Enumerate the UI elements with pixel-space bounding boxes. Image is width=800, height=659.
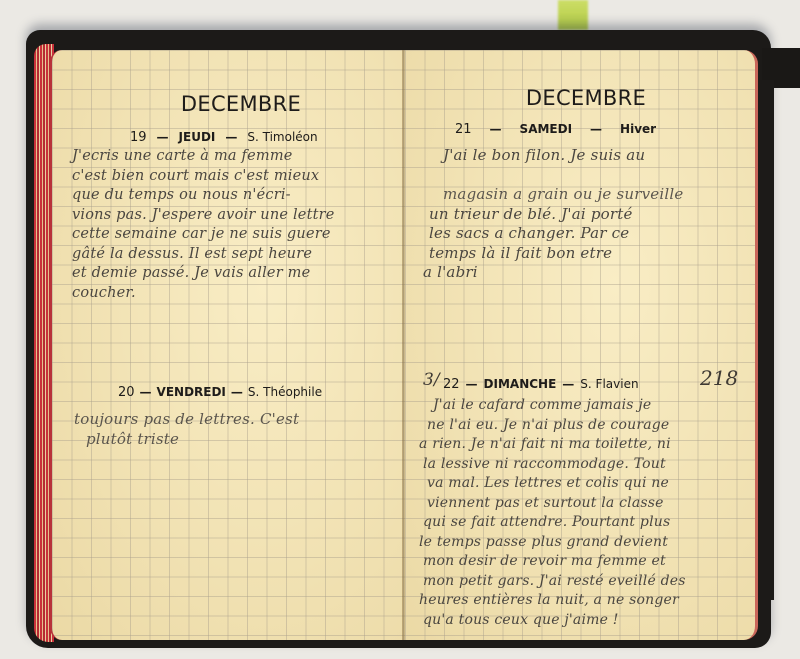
handwritten-line: que du temps ou nous n'écri- <box>72 186 335 206</box>
handwritten-line: toujours pas de lettres. C'est <box>74 410 299 430</box>
weekday: VENDREDI <box>157 385 226 399</box>
handwritten-line: a rien. Je n'ai fait ni ma toilette, ni <box>419 435 686 455</box>
handwritten-line: magasin a grain ou je surveille <box>423 185 683 205</box>
handwritten-line: J'ai le cafard comme jamais je <box>419 396 686 416</box>
margin-note-left: 3/ <box>423 370 440 390</box>
dash-separator: — <box>490 122 502 136</box>
handwritten-line: plutôt triste <box>74 430 299 450</box>
handwritten-line: viennent pas et surtout la classe <box>419 494 686 514</box>
handwritten-line: J'ai le bon filon. Je suis au <box>423 146 683 166</box>
handwritten-line: le temps passe plus grand devient <box>419 533 686 553</box>
weekday: DIMANCHE <box>484 377 557 391</box>
handwritten-line: a l'abri <box>423 263 683 283</box>
handwritten-line: J'ecris une carte à ma femme <box>72 147 335 167</box>
dash-separator: — <box>590 122 602 136</box>
season-label: Hiver <box>620 122 656 136</box>
handwritten-line: gâté la dessus. Il est sept heure <box>72 245 335 265</box>
handwritten-line: cette semaine car je ne suis guere <box>72 225 335 245</box>
handwritten-line: qu'a tous ceux que j'aime ! <box>419 611 686 631</box>
day-number: 19 <box>130 130 147 145</box>
handwritten-line: coucher. <box>72 284 335 304</box>
saint-name: S. Flavien <box>580 377 638 391</box>
dash-separator: — <box>225 130 237 144</box>
handwritten-line: les sacs a changer. Par ce <box>423 224 683 244</box>
entry-19-handwriting: J'ecris une carte à ma femme c'est bien … <box>72 147 335 303</box>
day-header-20: 20 — VENDREDI — S. Théophile <box>118 385 322 400</box>
bookmark-ribbon <box>558 0 588 30</box>
weekday: JEUDI <box>179 130 216 144</box>
saint-name: S. Théophile <box>248 385 322 399</box>
dash-separator: — <box>140 385 152 399</box>
handwritten-line: vions pas. J'espere avoir une lettre <box>72 206 335 226</box>
entry-22-handwriting: J'ai le cafard comme jamais je ne l'ai e… <box>419 396 686 630</box>
margin-note-right: 218 <box>700 366 738 390</box>
entry-20-handwriting: toujours pas de lettres. C'est plutôt tr… <box>74 410 299 449</box>
entry-21-handwriting: J'ai le bon filon. Je suis au magasin a … <box>423 146 683 283</box>
handwritten-line: mon petit gars. J'ai resté eveillé des <box>419 572 686 592</box>
day-header-19: 19 — JEUDI — S. Timoléon <box>130 130 318 145</box>
handwritten-line: va mal. Les lettres et colis qui ne <box>419 474 686 494</box>
dash-separator: — <box>466 377 478 391</box>
handwritten-line: mon desir de revoir ma femme et <box>419 552 686 572</box>
dash-separator: — <box>231 385 243 399</box>
day-number: 21 <box>455 122 472 137</box>
handwritten-line: la lessive ni raccommodage. Tout <box>419 455 686 475</box>
month-heading: DECEMBRE <box>64 92 406 116</box>
handwritten-line: ne l'ai eu. Je n'ai plus de courage <box>419 416 686 436</box>
cover-edge-right <box>760 80 774 600</box>
right-page: DECEMBRE 21 — SAMEDI — Hiver J'ai le bon… <box>405 50 758 640</box>
weekday: SAMEDI <box>520 122 573 136</box>
handwritten-line: temps là il fait bon etre <box>423 244 683 264</box>
handwritten-line: un trieur de blé. J'ai porté <box>423 205 683 225</box>
handwritten-line: c'est bien court mais c'est mieux <box>72 167 335 187</box>
saint-name: S. Timoléon <box>247 130 317 144</box>
dash-separator: — <box>562 377 574 391</box>
handwritten-line: qui se fait attendre. Pourtant plus <box>419 513 686 533</box>
handwritten-line: et demie passé. Je vais aller me <box>72 264 335 284</box>
day-number: 20 <box>118 385 135 400</box>
handwritten-line <box>423 166 683 186</box>
day-header-21: 21 — SAMEDI — Hiver <box>455 122 656 137</box>
dash-separator: — <box>157 130 169 144</box>
day-number: 22 <box>443 377 460 392</box>
day-header-22: 22 — DIMANCHE — S. Flavien <box>443 377 639 392</box>
left-page: DECEMBRE 19 — JEUDI — S. Timoléon J'ecri… <box>50 50 406 640</box>
month-heading: DECEMBRE <box>411 86 758 110</box>
handwritten-line: heures entières la nuit, a ne songer <box>419 591 686 611</box>
